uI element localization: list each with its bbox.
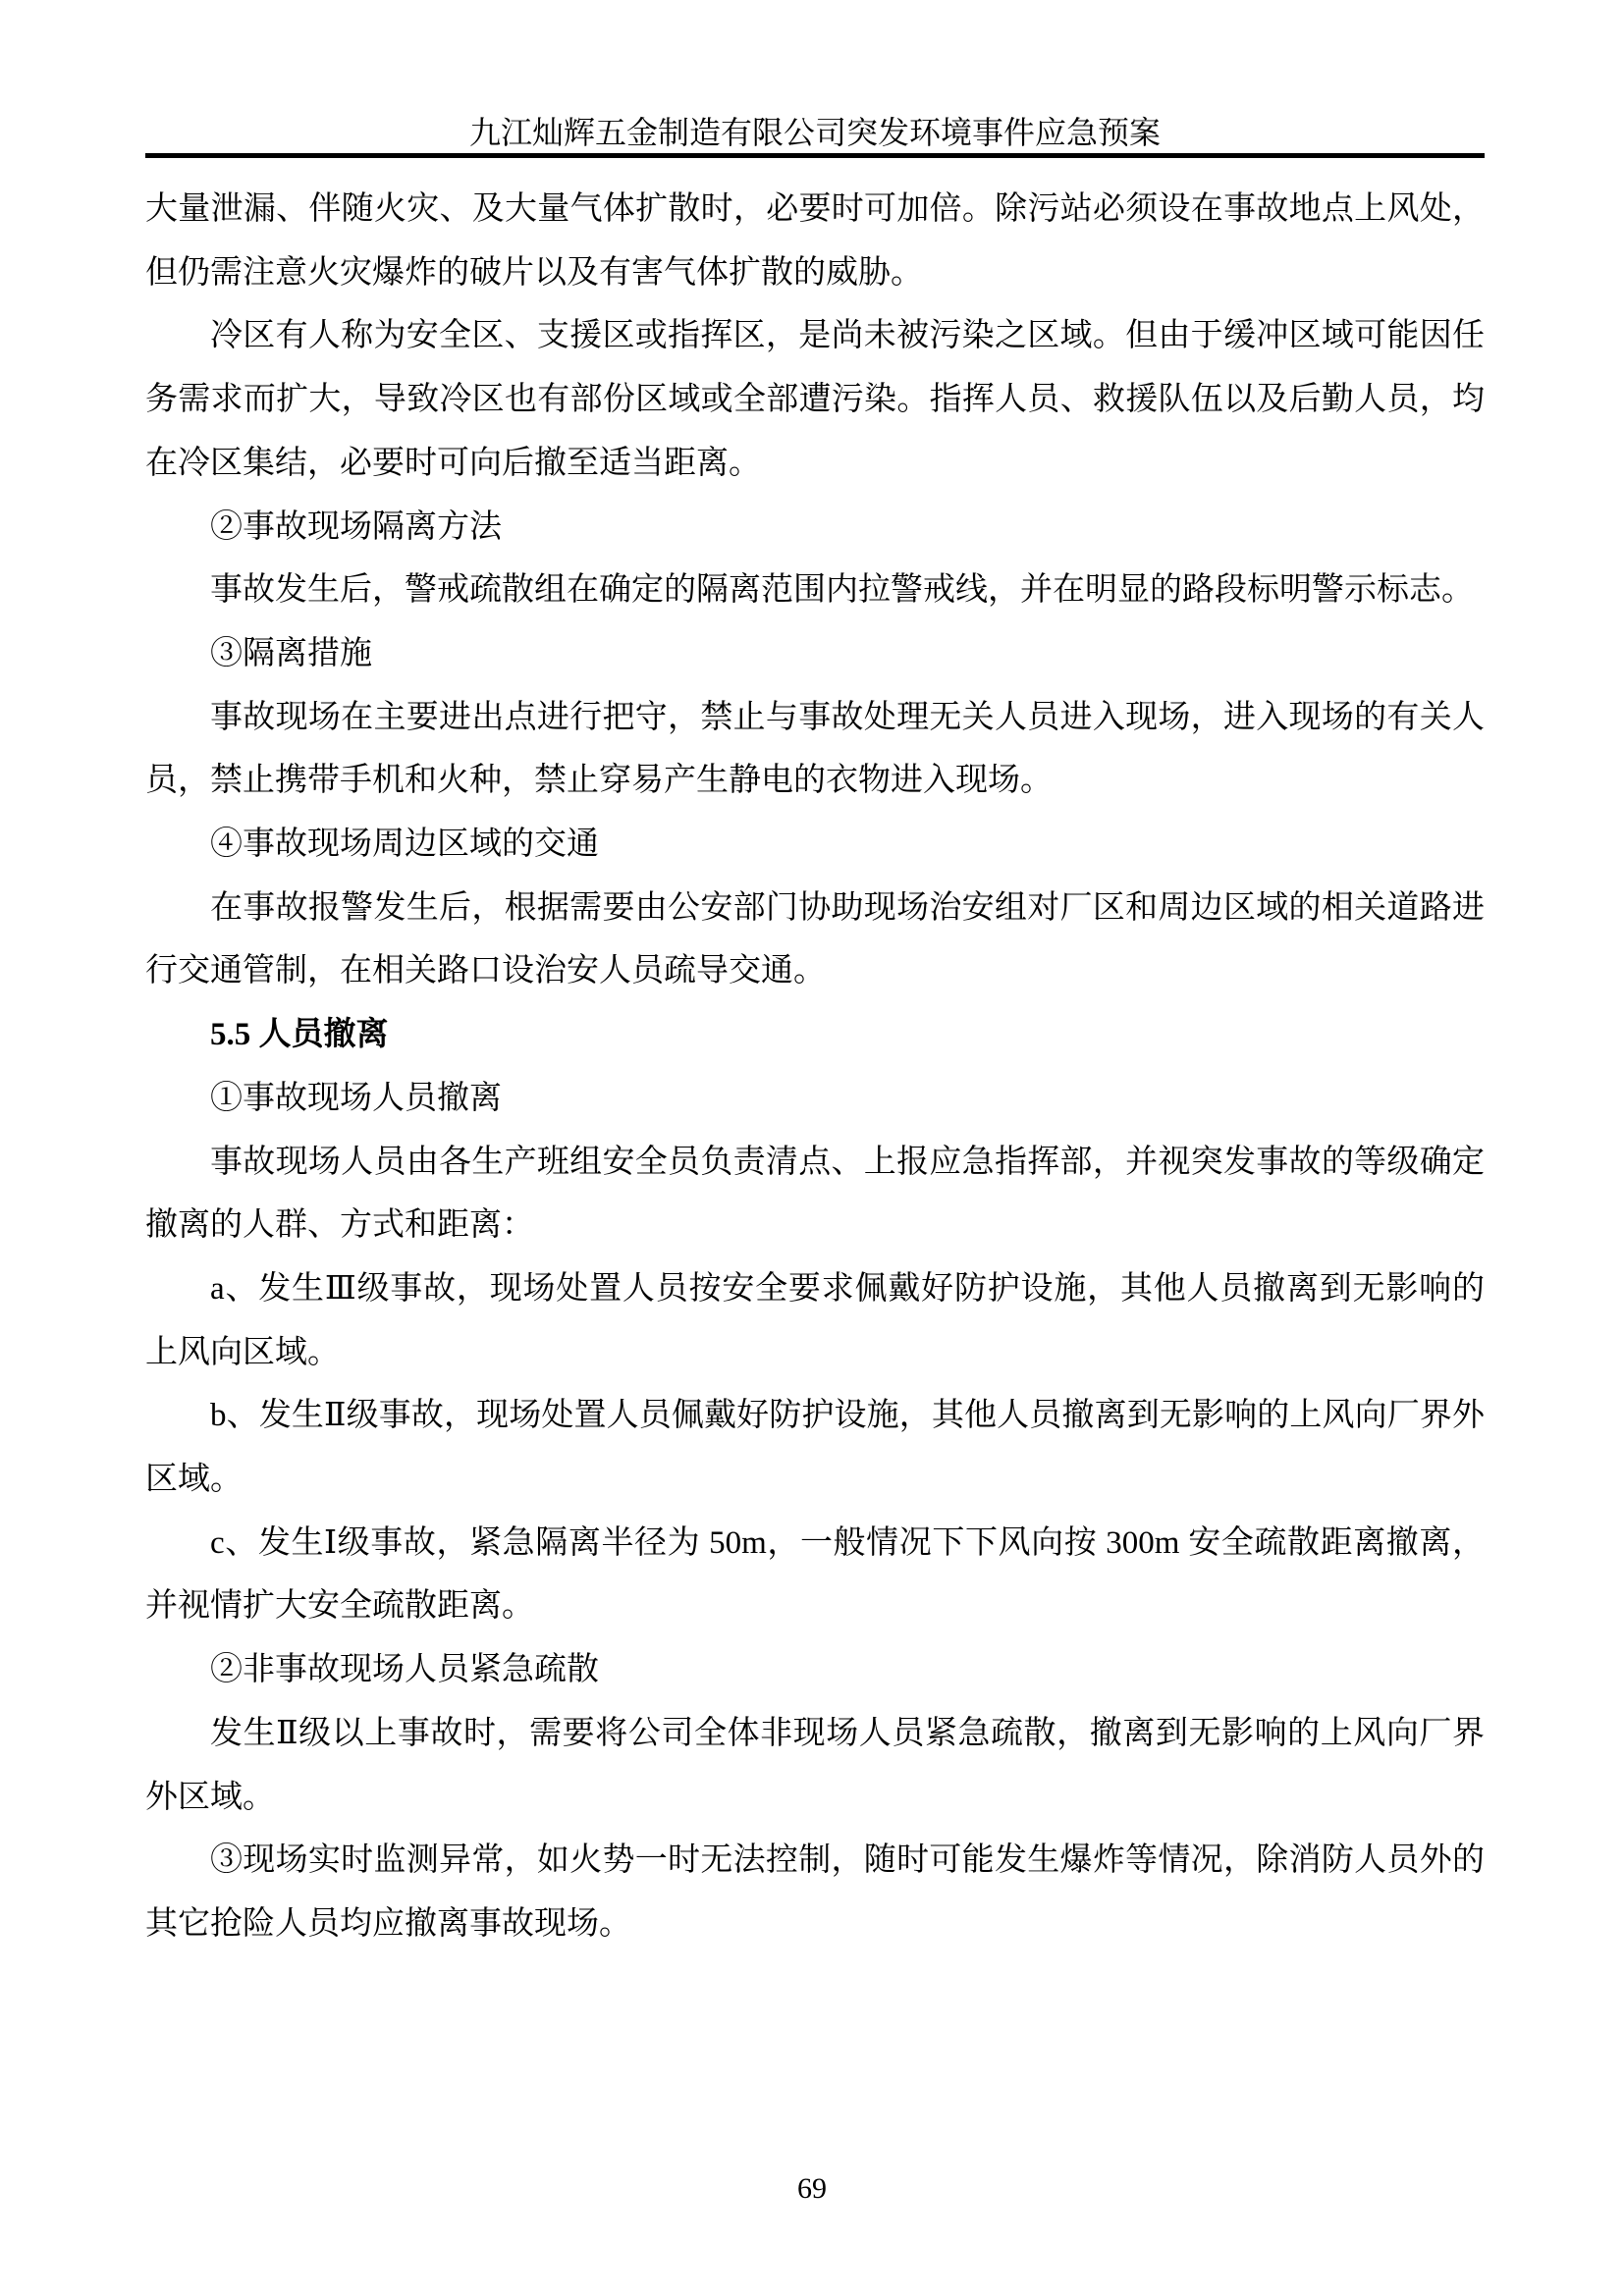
page-header-title: 九江灿辉五金制造有限公司突发环境事件应急预案 <box>145 113 1485 152</box>
paragraph: 大量泄漏、伴随火灾、及大量气体扩散时，必要时可加倍。除污站必须设在事故地点上风处… <box>145 178 1485 304</box>
paragraph: ③现场实时监测异常，如火势一时无法控制，随时可能发生爆炸等情况，除消防人员外的其… <box>145 1829 1485 1955</box>
paragraph: ①事故现场人员撤离 <box>145 1067 1485 1131</box>
paragraph: a、发生Ⅲ级事故，现场处置人员按安全要求佩戴好防护设施，其他人员撤离到无影响的上… <box>145 1257 1485 1384</box>
paragraph: c、发生Ⅰ级事故，紧急隔离半径为 50m，一般情况下下风向按 300m 安全疏散… <box>145 1512 1485 1638</box>
paragraph: ④事故现场周边区域的交通 <box>145 813 1485 877</box>
section-heading-5-5: 5.5 人员撤离 <box>145 1003 1485 1067</box>
page-number: 69 <box>0 2171 1624 2207</box>
header-rule <box>145 153 1485 158</box>
paragraph: 事故现场人员由各生产班组安全员负责清点、上报应急指挥部，并视突发事故的等级确定撤… <box>145 1131 1485 1257</box>
document-body: 大量泄漏、伴随火灾、及大量气体扩散时，必要时可加倍。除污站必须设在事故地点上风处… <box>145 178 1485 1956</box>
paragraph: 发生Ⅱ级以上事故时，需要将公司全体非现场人员紧急疏散，撤离到无影响的上风向厂界外… <box>145 1702 1485 1829</box>
paragraph: 冷区有人称为安全区、支援区或指挥区，是尚未被污染之区域。但由于缓冲区域可能因任务… <box>145 304 1485 495</box>
paragraph: 事故现场在主要进出点进行把守，禁止与事故处理无关人员进入现场，进入现场的有关人员… <box>145 686 1485 813</box>
paragraph: ②非事故现场人员紧急疏散 <box>145 1638 1485 1702</box>
paragraph: ②事故现场隔离方法 <box>145 496 1485 560</box>
paragraph: 在事故报警发生后，根据需要由公安部门协助现场治安组对厂区和周边区域的相关道路进行… <box>145 877 1485 1003</box>
paragraph: 事故发生后，警戒疏散组在确定的隔离范围内拉警戒线，并在明显的路段标明警示标志。 <box>145 559 1485 622</box>
paragraph: ③隔离措施 <box>145 622 1485 686</box>
paragraph: b、发生Ⅱ级事故，现场处置人员佩戴好防护设施，其他人员撤离到无影响的上风向厂界外… <box>145 1384 1485 1511</box>
document-page: 九江灿辉五金制造有限公司突发环境事件应急预案 大量泄漏、伴随火灾、及大量气体扩散… <box>0 0 1624 2296</box>
